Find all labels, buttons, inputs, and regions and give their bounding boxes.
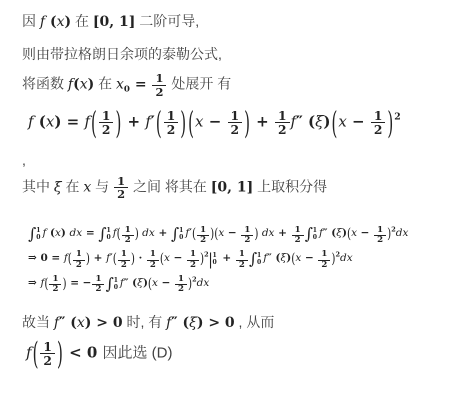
lower-limit: 0 [257, 259, 261, 266]
fraction: 12 [73, 250, 85, 270]
integral-sign: ∫ [249, 250, 257, 269]
lower-limit: 0 [179, 234, 183, 241]
fraction-denominator: 2 [49, 285, 61, 294]
integral-step-1: ∫10f (x) dx = ∫10f(12) dx + ∫10f′(12)(x … [28, 225, 466, 245]
fraction: 12 [374, 226, 386, 246]
math-roman: − [158, 277, 174, 289]
fraction: 12 [187, 250, 199, 270]
math-roman: − [170, 252, 186, 264]
math-roman: = [82, 228, 98, 240]
fraction-denominator: 2 [228, 123, 243, 136]
math-roman: ( [34, 113, 46, 131]
paren: ( [44, 276, 48, 293]
paren: ) [188, 276, 192, 293]
fraction-denominator: 2 [187, 261, 199, 270]
fraction: 12 [164, 109, 179, 137]
text-run: 因 [22, 13, 40, 29]
eval-bar-sign: | [209, 250, 213, 270]
integral-sign: ∫ [105, 275, 113, 294]
paren: ( [347, 226, 351, 243]
lower-limit: 0 [114, 284, 118, 291]
math-roman: − [301, 252, 317, 264]
math-roman: [0, 1] [93, 14, 135, 30]
lower-limit: 0 [313, 234, 317, 241]
integral-step-2: ⇒ 0 = f(12) + f′(12) · 12(x − 12)2|10 + … [28, 250, 466, 270]
paren: ( [148, 276, 152, 293]
math-roman: − [224, 228, 240, 240]
paren: ( [160, 251, 164, 268]
math-roman: · [135, 252, 146, 264]
fraction: 12 [228, 109, 243, 137]
paren: ) [86, 251, 90, 268]
paren: ) [131, 251, 135, 268]
math-roman: ) [61, 228, 70, 240]
fraction: 12 [147, 250, 159, 270]
fraction: 12 [114, 175, 128, 201]
paren: ( [113, 251, 117, 268]
fraction: 12 [92, 275, 104, 295]
math-roman: ″ ( [267, 252, 280, 264]
math-roman: + [155, 228, 171, 240]
math-variable: dx [258, 228, 274, 240]
math-roman: = [130, 76, 151, 92]
paren: ( [192, 226, 196, 243]
taylor-formula: f (x) = f(12) + f′(12)(x − 12) + 12f″ (ξ… [28, 109, 466, 137]
text-run: 处展开 有 [167, 75, 231, 91]
fraction-denominator: 2 [73, 261, 85, 270]
integral: ∫10 [28, 225, 40, 244]
math-roman: ″ ( [171, 315, 189, 331]
fraction: 12 [371, 109, 386, 137]
limits: 10 [36, 227, 40, 241]
premise-line: 因 f (x) 在 [0, 1] 二阶可导, [22, 13, 466, 30]
big-paren: ) [387, 105, 393, 142]
math-roman: ( [46, 228, 55, 240]
fraction-denominator: 2 [92, 285, 104, 294]
fraction-denominator: 2 [40, 354, 55, 367]
text-run: 故当 [22, 314, 54, 330]
paren: ) [200, 251, 204, 268]
fraction-denominator: 2 [275, 123, 290, 136]
upper-limit: 1 [179, 227, 183, 234]
fraction-numerator: 1 [371, 109, 386, 123]
fraction: 12 [40, 340, 55, 368]
fraction-numerator: 1 [114, 175, 128, 188]
fraction: 12 [49, 275, 61, 295]
big-paren: ( [331, 105, 337, 142]
integral: ∫10 [249, 250, 261, 269]
paren: ( [214, 226, 218, 243]
text-run: 在 [62, 178, 84, 194]
upper-limit: 1 [36, 227, 40, 234]
fraction-denominator: 2 [175, 285, 187, 294]
paren: ) [331, 251, 335, 268]
solution-content: 因 f (x) 在 [0, 1] 二阶可导,则由带拉格朗日余项的泰勒公式,将函数… [22, 13, 466, 367]
fraction-denominator: 2 [241, 236, 253, 245]
lower-limit: 0 [213, 259, 217, 266]
math-variable: dx [197, 277, 210, 289]
math-roman: + [219, 252, 235, 264]
text-run: 与 [91, 178, 113, 194]
fraction-denominator: 2 [164, 123, 179, 136]
text-run: 其中 [22, 178, 54, 194]
math-roman: ″ ( [59, 315, 77, 331]
text-run: 因此选 (D) [103, 345, 173, 362]
math-roman: + [274, 228, 290, 240]
limits: 10 [179, 227, 183, 241]
math-solution-page: 因 f (x) 在 [0, 1] 二阶可导,则由带拉格朗日余项的泰勒公式,将函数… [0, 0, 466, 408]
math-roman: [0, 1] [211, 179, 253, 195]
math-roman: ″ ( [296, 113, 315, 131]
fraction-denominator: 2 [371, 123, 386, 136]
text-run: 二阶可导, [135, 13, 199, 29]
big-paren: ) [180, 105, 186, 142]
big-paren: ) [57, 336, 63, 373]
text-run: 将函数 [22, 75, 68, 91]
paren: ( [291, 251, 295, 268]
fraction-denominator: 2 [236, 261, 248, 270]
fraction-denominator: 2 [147, 261, 159, 270]
math-roman: ″ ( [124, 277, 137, 289]
text-run: , [22, 152, 26, 168]
math-roman: ( [73, 76, 80, 92]
integral-step-3: ⇒ f(12) = −12∫10f″ (ξ)(x − 12)2dx [28, 275, 466, 295]
paren: ) [62, 276, 66, 293]
integral: ∫10 [171, 225, 183, 244]
math-roman: ( [45, 14, 57, 30]
fraction: 12 [241, 226, 253, 246]
math-roman: ) > 0 [85, 315, 123, 331]
math-variable: dx [340, 252, 353, 264]
big-paren: ( [156, 105, 162, 142]
fraction-denominator: 2 [152, 86, 166, 98]
math-variable: f [84, 113, 90, 131]
integral: ∫10 [105, 275, 117, 294]
expansion-point-line: 将函数 f(x) 在 x0 = 12 处展开 有 [22, 72, 466, 98]
fraction-denominator: 2 [122, 236, 134, 245]
math-roman: ) > 0 [197, 315, 235, 331]
fraction: 12 [175, 275, 187, 295]
lower-limit: 0 [36, 234, 40, 241]
math-roman: ) = [54, 113, 84, 131]
big-paren: ( [91, 105, 97, 142]
math-variable: x [116, 76, 124, 92]
fraction-denominator: 2 [292, 236, 304, 245]
math-roman: + [122, 113, 145, 131]
paren: ) [254, 226, 258, 243]
big-paren: ) [244, 105, 250, 142]
math-variable: dx [70, 228, 83, 240]
math-roman: ) [323, 113, 330, 131]
limits: 10 [257, 252, 261, 266]
upper-limit: 1 [257, 252, 261, 259]
paren: ( [117, 226, 121, 243]
fraction-numerator: 1 [275, 109, 290, 123]
math-variable: x [80, 76, 88, 92]
text-run: 上取积分得 [253, 178, 327, 194]
paren: ) [387, 226, 391, 243]
limits: 10 [107, 227, 111, 241]
upper-limit: 1 [313, 227, 317, 234]
paren: ( [68, 251, 72, 268]
math-roman: − [203, 113, 226, 131]
lower-limit: 0 [107, 234, 111, 241]
math-variable: ξ [54, 179, 62, 195]
math-roman: + [251, 113, 274, 131]
math-roman: + [90, 252, 106, 264]
math-roman: < 0 [64, 344, 103, 362]
fraction: 12 [152, 72, 166, 98]
upper-limit: 1 [107, 227, 111, 234]
math-variable: x [77, 315, 85, 331]
fraction: 12 [122, 226, 134, 246]
text-run: 则由带拉格朗日余项的泰勒公式, [22, 46, 222, 62]
text-run: 时, 有 [123, 314, 167, 330]
fraction: 12 [236, 250, 248, 270]
math-roman: ′ [151, 113, 155, 131]
paren: ) [135, 226, 139, 243]
fraction: 12 [292, 226, 304, 246]
fraction-numerator: 1 [228, 109, 243, 123]
text-run: 在 [94, 75, 116, 91]
text-run: 之间 将其在 [129, 178, 211, 194]
math-roman: ⇒ [28, 277, 40, 289]
math-roman: ⇒ 0 = [28, 252, 64, 264]
big-paren: ( [188, 105, 194, 142]
fraction: 12 [118, 250, 130, 270]
superscript: 2 [394, 112, 400, 123]
limits: 10 [313, 227, 317, 241]
integral: ∫10 [305, 225, 317, 244]
integral-sign: ∫ [305, 225, 313, 244]
fraction-denominator: 2 [118, 261, 130, 270]
math-roman: − [357, 228, 373, 240]
fraction: 12 [197, 226, 209, 246]
integral-sign: ∫ [171, 225, 179, 244]
upper-limit: 1 [114, 277, 118, 284]
eval-bar: |10 [209, 252, 217, 266]
math-roman: − [347, 113, 370, 131]
math-variable: ξ [189, 315, 197, 331]
integral: ∫10 [98, 225, 110, 244]
fraction-denominator: 2 [197, 236, 209, 245]
integral-sign: ∫ [98, 225, 106, 244]
math-variable: dx [139, 228, 155, 240]
answer-line: f(12) < 0 因此选 (D) [26, 340, 466, 368]
conclusion-line: 故当 f″ (x) > 0 时, 有 f″ (ξ) > 0 , 从而 [22, 314, 466, 331]
fraction-denominator: 2 [114, 188, 128, 200]
comma-line: , [22, 152, 466, 168]
limits: 10 [114, 277, 118, 291]
math-roman: = − [67, 277, 92, 289]
fraction-denominator: 2 [318, 261, 330, 270]
integral-sign: ∫ [28, 225, 36, 244]
math-roman: ″ ( [323, 228, 336, 240]
fraction-numerator: 1 [164, 109, 179, 123]
math-variable: f [26, 344, 32, 362]
fraction: 12 [99, 109, 114, 137]
fraction-numerator: 1 [40, 340, 55, 354]
big-paren: ( [33, 336, 39, 373]
text-run: , 从而 [235, 314, 275, 330]
fraction-numerator: 1 [99, 109, 114, 123]
xi-range-line: 其中 ξ 在 x 与 12 之间 将其在 [0, 1] 上取积分得 [22, 175, 466, 201]
fraction-denominator: 2 [374, 236, 386, 245]
fraction: 12 [318, 250, 330, 270]
upper-limit: 1 [213, 252, 217, 259]
limits: 10 [213, 252, 217, 266]
math-variable: x [338, 113, 346, 131]
fraction-denominator: 2 [99, 123, 114, 136]
fraction-numerator: 1 [152, 72, 166, 85]
taylor-intro-line: 则由带拉格朗日余项的泰勒公式, [22, 46, 466, 62]
big-paren: ) [115, 105, 121, 142]
fraction: 12 [275, 109, 290, 137]
text-run: 在 [71, 13, 93, 29]
math-variable: dx [396, 228, 409, 240]
